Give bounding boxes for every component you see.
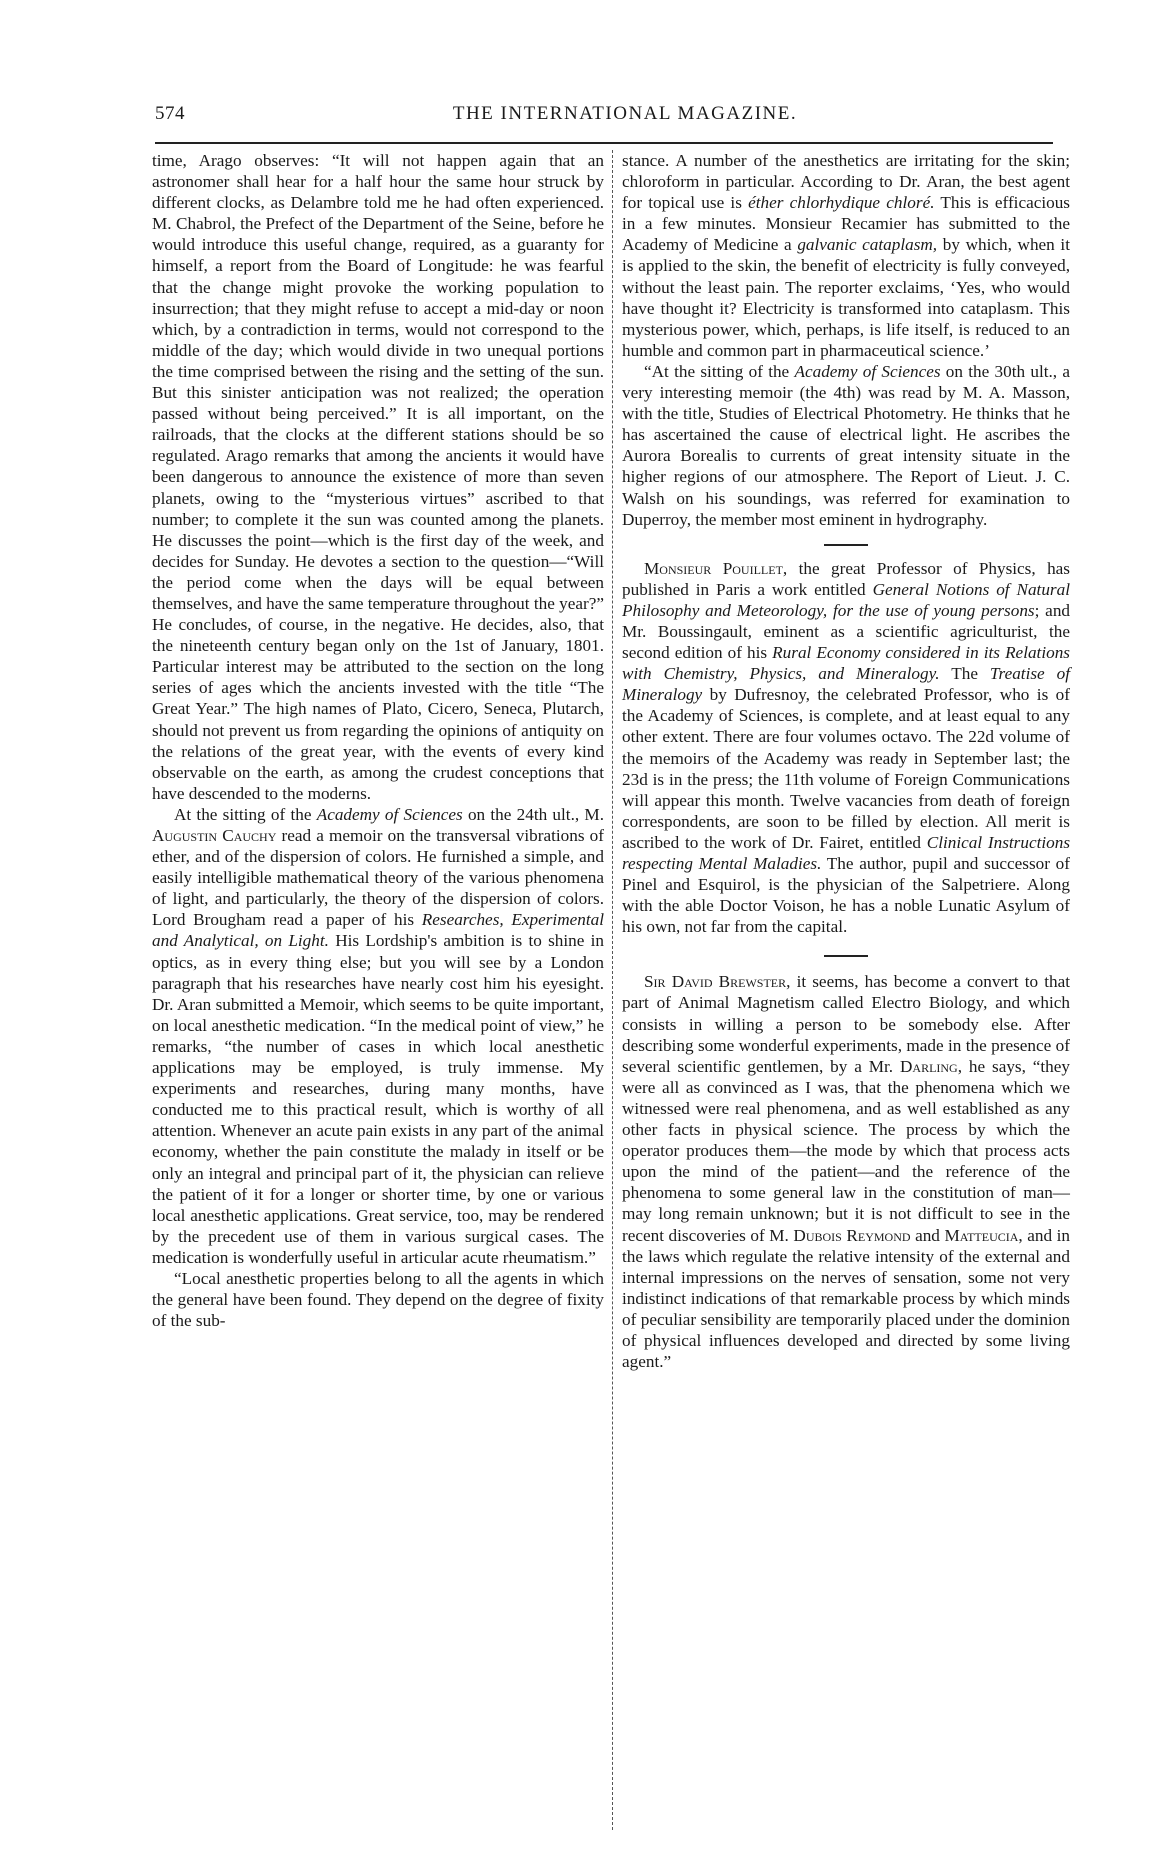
italic-title: Academy of Sciences [317,805,463,824]
paragraph-brewster: Sir David Brewster, it seems, has become… [622,971,1070,1372]
section-separator [824,955,868,957]
paragraph-substance: stance. A number of the anesthetics are … [622,150,1070,361]
column-divider [612,150,613,1830]
paragraph-text: His Lordship's ambition is to shine in o… [152,931,604,1266]
paragraph-text: on the 24th ult., M. [463,805,604,824]
person-name: Augustin Cauchy [152,826,276,845]
paragraph-masson: “At the sitting of the Academy of Scienc… [622,361,1070,530]
running-title: THE INTERNATIONAL MAGAZINE. [155,103,1055,125]
paragraph-text: , he says, “they were all as convinced a… [622,1057,1070,1245]
person-name: Matteucia [944,1226,1018,1245]
person-name: Dubois Reymond [793,1226,910,1245]
paragraph-text: The [940,664,990,683]
paragraph-pouillet: Monsieur Pouillet, the great Professor o… [622,558,1070,938]
paragraph-cauchy: At the sitting of the Academy of Science… [152,804,604,1268]
paragraph-text: At the sitting of the [174,805,317,824]
section-separator [824,544,868,546]
right-column: stance. A number of the anesthetics are … [622,150,1070,1372]
paragraph-text: on the 30th ult., a very interesting mem… [622,362,1070,529]
paragraph-text: “At the sitting of the [644,362,794,381]
person-name: Sir David Brewster [644,972,786,991]
paragraph-text: “Local anesthetic properties belong to a… [152,1269,604,1330]
paragraph-text: , and in the laws which regulate the rel… [622,1226,1070,1372]
paragraph-text: and [911,1226,945,1245]
paragraph-text: by Dufresnoy, the celebrated Professor, … [622,685,1070,852]
paragraph-arago: time, Arago observes: “It will not happe… [152,150,604,804]
paragraph-text: time, Arago observes: “It will not happe… [152,151,604,803]
paragraph-anesthetic: “Local anesthetic properties belong to a… [152,1268,604,1331]
italic-term: éther chlorhydique chloré. [748,193,934,212]
left-column: time, Arago observes: “It will not happe… [152,150,604,1331]
header-rule [155,142,1053,144]
italic-term: galvanic cataplasm, [797,235,937,254]
page-header: 574 THE INTERNATIONAL MAGAZINE. [155,103,1055,133]
italic-title: Academy of Sciences [794,362,940,381]
person-name: Monsieur Pouillet [644,559,783,578]
person-name: Darling [900,1057,958,1076]
